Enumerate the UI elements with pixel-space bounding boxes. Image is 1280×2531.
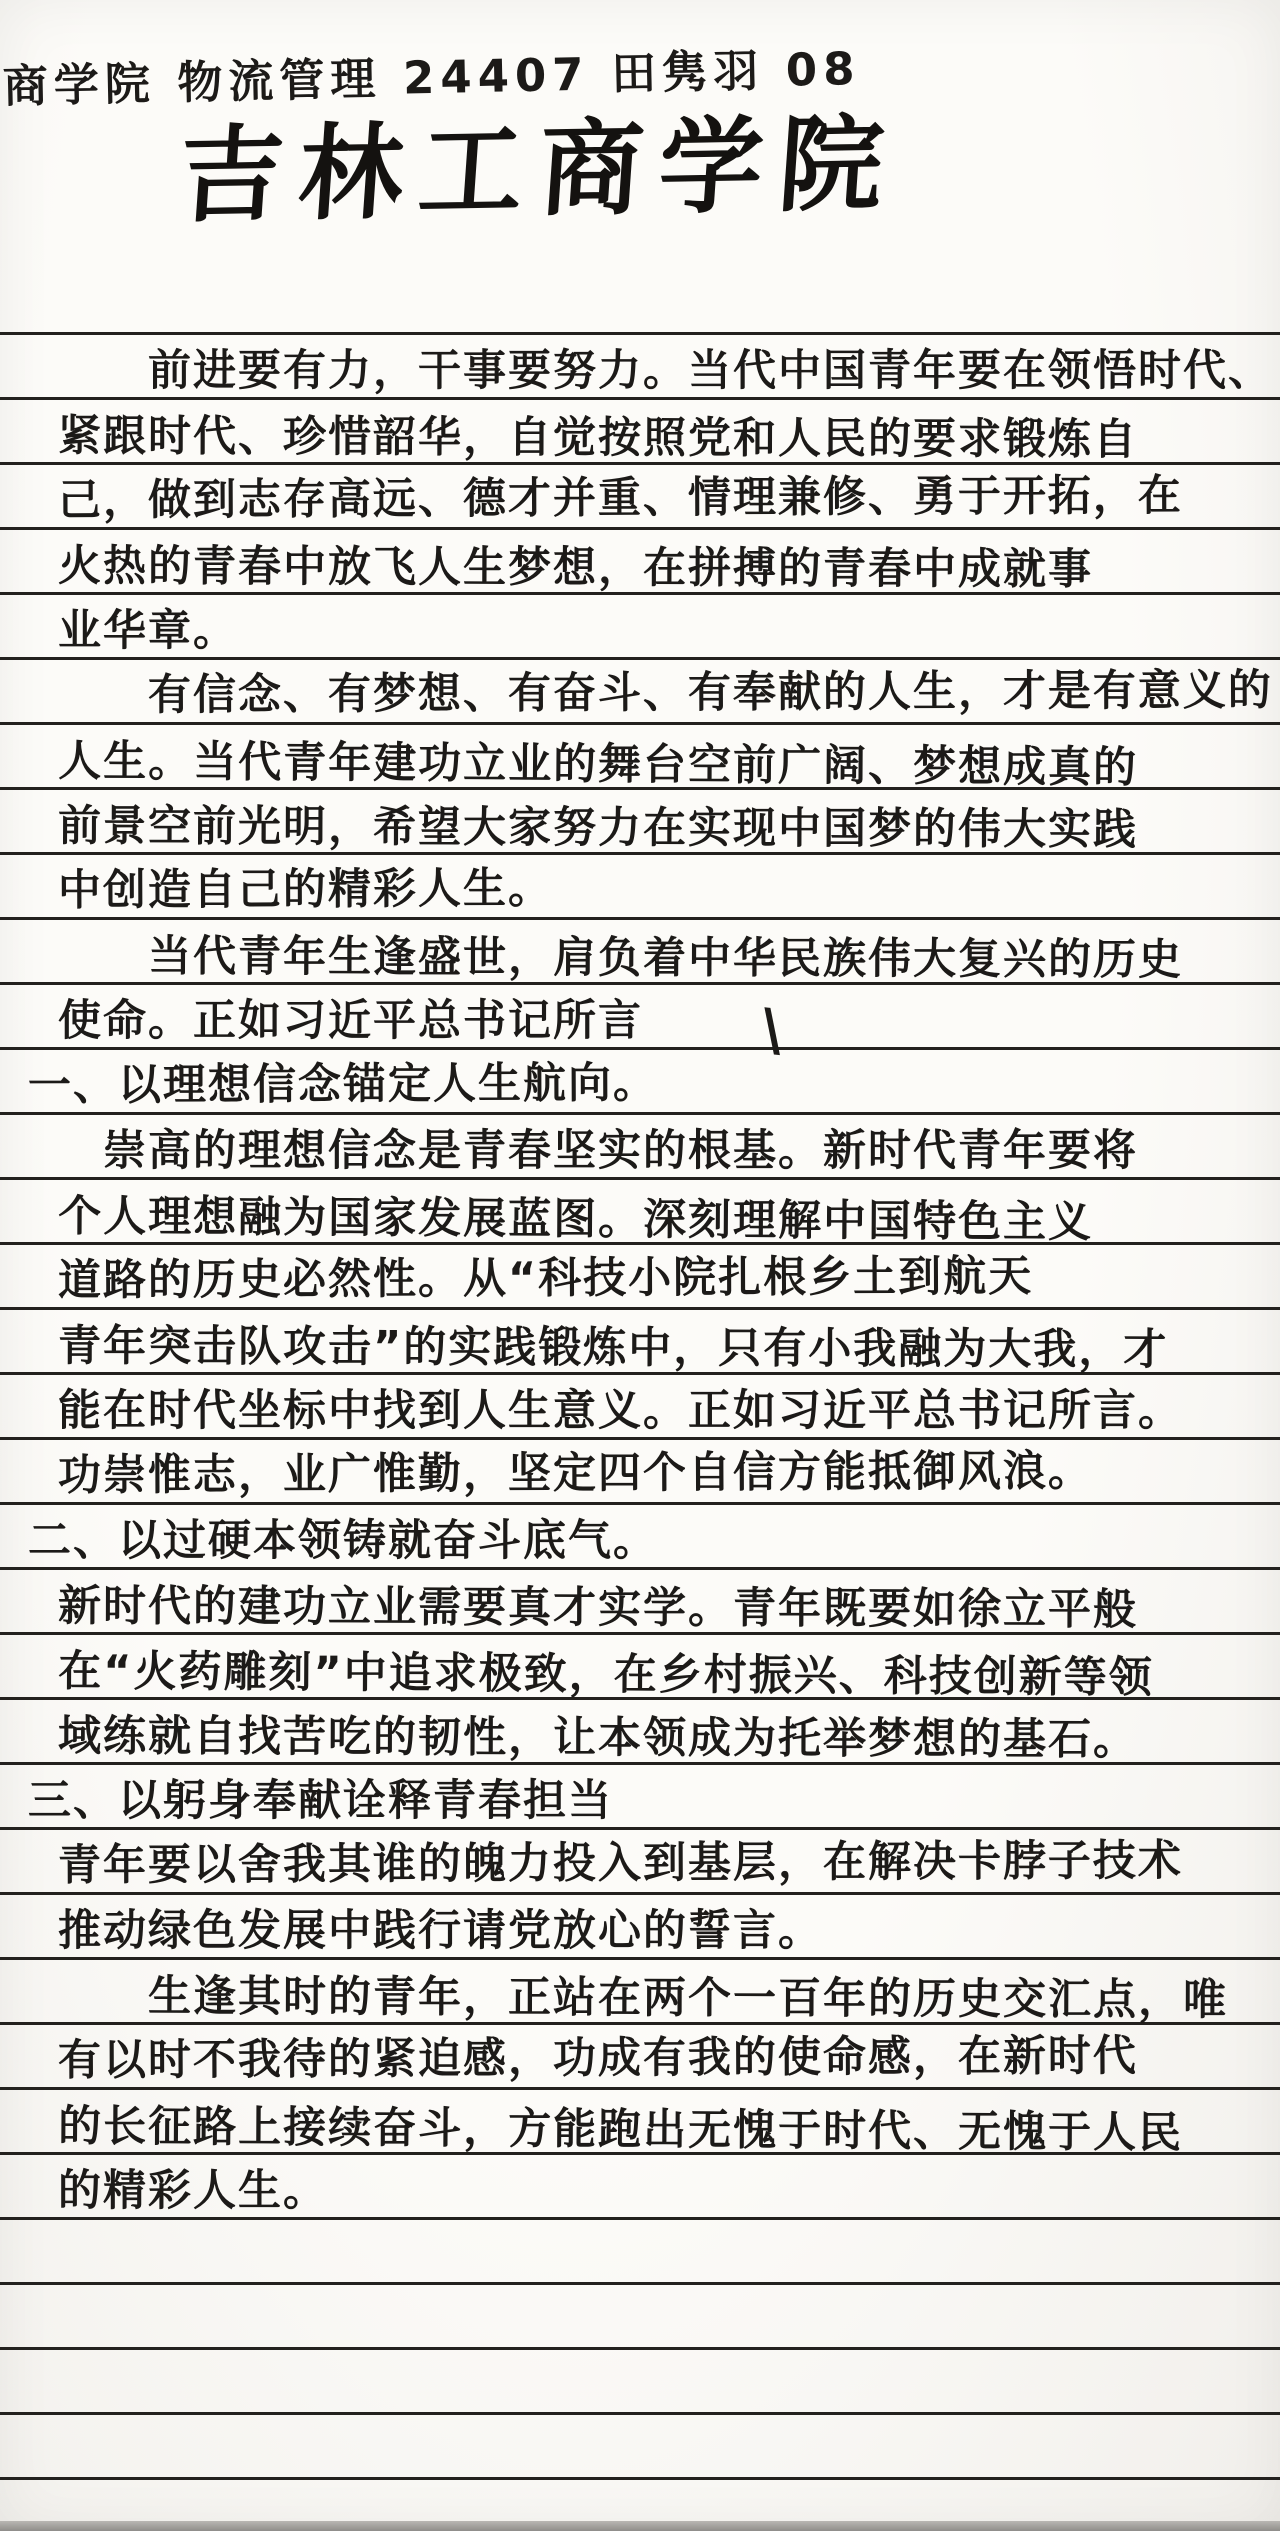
- section-heading-3: 三、以躬身奉献诠释青春担当: [0, 1762, 1280, 1827]
- essay-line: 新时代的建功立业需要真才实学。青年既要如徐立平般: [0, 1567, 1280, 1636]
- essay-line: 能在时代坐标中找到人生意义。正如习近平总书记所言。: [0, 1372, 1280, 1437]
- essay-body: 前进要有力，干事要努力。当代中国青年要在领悟时代、 紧跟时代、珍惜韶华，自觉按照…: [0, 332, 1280, 2217]
- section-heading-2: 二、以过硬本领铸就奋斗底气。: [0, 1502, 1280, 1567]
- essay-line: 在“火药雕刻”中追求极致，在乡村振兴、科技创新等领: [0, 1632, 1280, 1705]
- essay-line: 的精彩人生。: [0, 2152, 1280, 2217]
- essay-line: 紧跟时代、珍惜韶华，自觉按照党和人民的要求锻炼自: [0, 397, 1280, 466]
- essay-line: 己，做到志存高远、德才并重、情理兼修、勇于开拓，在: [0, 456, 1280, 527]
- page-title: 吉林工商学院: [174, 79, 904, 242]
- essay-line: 有信念、有梦想、有奋斗、有奉献的人生，才是有意义的: [0, 651, 1280, 722]
- essay-line: 的长征路上接续奋斗，方能跑出无愧于时代、无愧于人民: [0, 2087, 1280, 2160]
- essay-line: 火热的青春中放飞人生梦想，在拼搏的青春中成就事: [0, 527, 1280, 596]
- essay-line: 生逢其时的青年，正站在两个一百年的历史交汇点，唯: [0, 1957, 1280, 2026]
- essay-line: 崇高的理想信念是青春坚实的根基。新时代青年要将: [0, 1112, 1280, 1177]
- essay-line: 前景空前光明，希望大家努力在实现中国梦的伟大实践: [0, 787, 1280, 856]
- essay-line: 域练就自找苦吃的韧性，让本领成为托举梦想的基石。: [0, 1697, 1280, 1766]
- notebook-page: 商学院 物流管理 24407 田隽羽 08 吉林工商学院 前进要有力，干事要努力…: [0, 0, 1280, 2531]
- page-bottom-shadow: [0, 2521, 1280, 2531]
- essay-line: 中创造自己的精彩人生。: [0, 846, 1280, 917]
- essay-line: 有以时不我待的紧迫感，功成有我的使命感，在新时代: [0, 2016, 1280, 2087]
- essay-line: 推动绿色发展中践行请党放心的誓言。: [0, 1892, 1280, 1957]
- essay-line: 人生。当代青年建功立业的舞台空前广阔、梦想成真的: [0, 722, 1280, 795]
- essay-line: 道路的历史必然性。从“科技小院扎根乡土到航天: [0, 1236, 1280, 1307]
- essay-line: 青年突击队攻击”的实践锻炼中，只有小我融为大我，才: [0, 1307, 1280, 1376]
- section-heading-1: 一、以理想信念锚定人生航向。: [0, 1041, 1280, 1112]
- essay-line: 功崇惟志，业广惟勤，坚定四个自信方能抵御风浪。: [0, 1431, 1280, 1502]
- essay-line: 前进要有力，干事要努力。当代中国青年要在领悟时代、: [0, 332, 1280, 397]
- essay-line: 使命。正如习近平总书记所言: [0, 982, 1280, 1047]
- essay-line: 当代青年生逢盛世，肩负着中华民族伟大复兴的历史: [0, 917, 1280, 986]
- essay-line: 青年要以舍我其谁的魄力投入到基层，在解决卡脖子技术: [0, 1821, 1280, 1892]
- essay-line: 业华章。: [0, 592, 1280, 657]
